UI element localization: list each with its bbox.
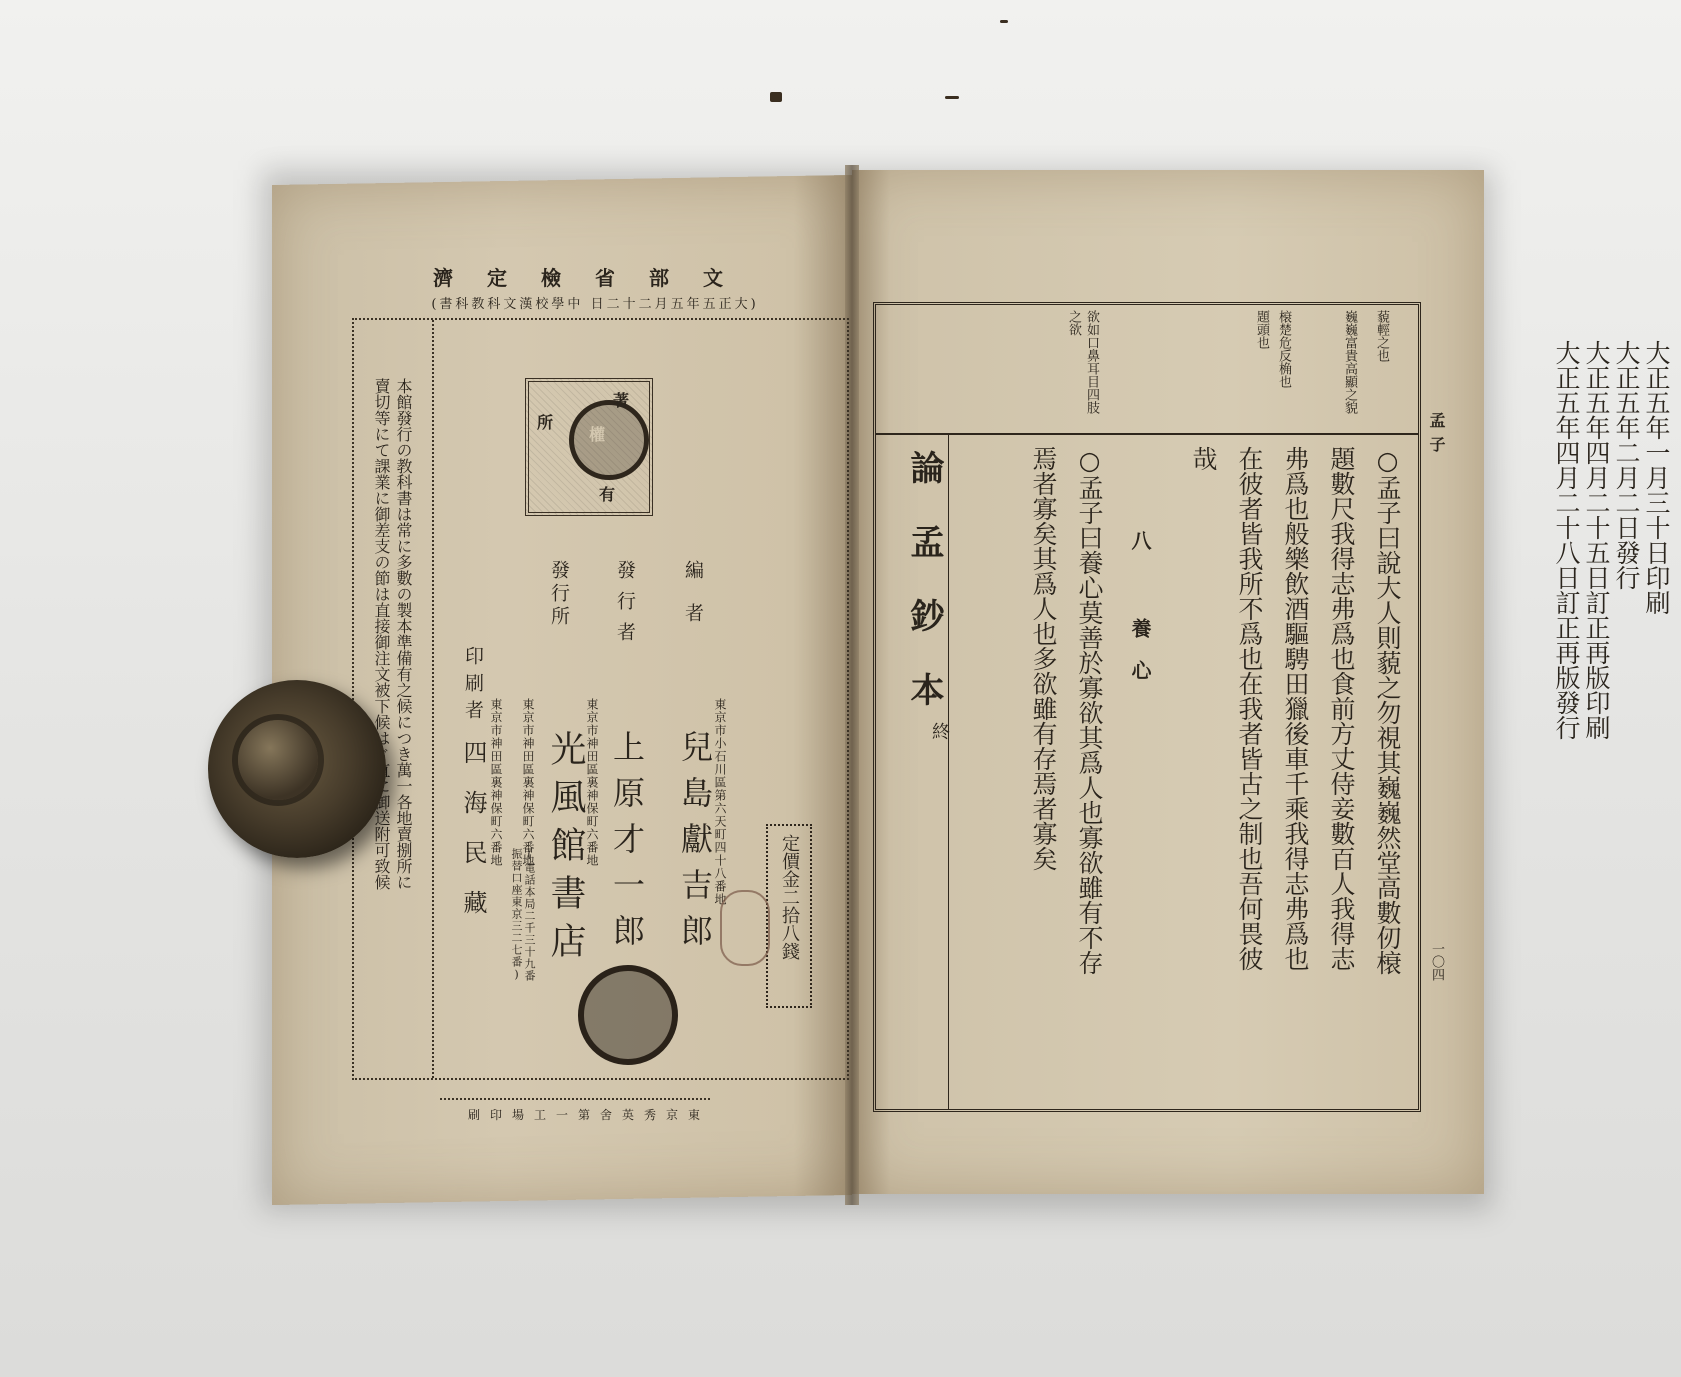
- text-column: 焉者寡矣其爲人也多欲雖有存焉者寡矣: [1028, 446, 1058, 871]
- debris-speck: [945, 96, 959, 99]
- approval-header: 文部省檢定濟 (大正五年五月二十二日 中學校漢文科教科書): [415, 262, 775, 312]
- stamp-char: 有: [599, 482, 615, 505]
- text-column: 弗爲也般樂飲酒驅騁田獵後車千乘我得志弗爲也: [1280, 446, 1310, 971]
- stamp-char: 所: [537, 410, 553, 433]
- text-column: 哉: [1188, 446, 1218, 471]
- book-title: 論孟鈔本: [900, 450, 949, 746]
- date-line: 大正五年四月二十五日訂正再版印刷: [1581, 340, 1611, 740]
- weight-knob: [238, 720, 318, 800]
- printer-role: 印刷者: [460, 646, 487, 727]
- publisher-phone: (電話本局二千三十九番 振替口座東京三二七番): [510, 848, 536, 998]
- copyright-stamp: 著 所 權 有: [525, 378, 653, 516]
- text-column: 在彼者皆我所不爲也在我者皆古之制也吾何畏彼: [1234, 446, 1264, 971]
- note: 藐輕之也: [1372, 310, 1390, 362]
- publisher-address: 東京市神田區裏神保町六番地: [520, 698, 537, 867]
- editor-role: 編者: [680, 560, 707, 646]
- running-head: 孟子: [1425, 412, 1448, 460]
- publisher-seal-icon: [578, 965, 678, 1065]
- note: 欲如口鼻耳目四肢之欲: [1060, 310, 1100, 420]
- text-column: 題數尺我得志弗爲也食前方丈侍妾數百人我得志: [1326, 446, 1356, 971]
- approval-title: 文部省檢定濟: [415, 262, 775, 291]
- debris-speck: [1000, 20, 1008, 23]
- note: 巍巍富貴高顯之貌: [1318, 310, 1358, 420]
- notes-rule: [876, 433, 1418, 435]
- printer-name: 四海民藏: [456, 740, 491, 940]
- publisher-person-role: 發行者: [612, 560, 639, 653]
- note: 題頭也: [1252, 310, 1270, 349]
- seal-icon: [569, 400, 649, 480]
- notice-divider: [432, 320, 434, 1078]
- notice-line: 本館發行の教科書は常に多數の製本準備有之候につき萬一各地賣捌所に: [394, 378, 413, 890]
- stamp-char: 著: [613, 388, 629, 411]
- page-number: 一〇四: [1427, 942, 1446, 981]
- publisher-name: 光風館書店: [540, 730, 591, 970]
- publisher-role: 發行所: [546, 560, 573, 629]
- stamp-char: 權: [589, 422, 605, 445]
- section-heading: 八 養心: [1126, 530, 1155, 702]
- brass-weight: [208, 680, 386, 858]
- date-line: 大正五年一月三十日印刷: [1641, 340, 1671, 740]
- end-mark: 終: [926, 722, 952, 740]
- text-column: ○孟子曰養心莫善於寡欲其爲人也寡欲雖有不存: [1074, 446, 1104, 975]
- publisher-person-name: 上原才一郎: [604, 730, 650, 960]
- price-text: 定價金二拾八錢: [776, 834, 802, 960]
- note: 榱楚危反桷也: [1274, 310, 1292, 388]
- notice-text: 本館發行の教科書は常に多數の製本準備有之候につき萬一各地賣捌所に 賣切等にて課業…: [370, 378, 414, 1018]
- editor-name: 兒島獻吉郎: [672, 730, 718, 960]
- notice-line: 賣切等にて課業に御差支の節は直接御注文被下候はゞ直に御送附可致候: [372, 378, 391, 890]
- approval-seal-icon: [720, 890, 770, 966]
- text-column: ○孟子曰說大人則藐之勿視其巍巍然堂高數仞榱: [1372, 446, 1402, 975]
- date-line: 大正五年二月二日發行: [1611, 340, 1641, 740]
- date-line: 大正五年四月二十八日訂正再版發行: [1551, 340, 1581, 740]
- approval-subtitle: (大正五年五月二十二日 中學校漢文科教科書): [415, 293, 775, 312]
- debris-speck: [770, 92, 782, 102]
- printer-footer: 東京秀英舍第一工場印刷: [440, 1098, 710, 1123]
- price-box: 定價金二拾八錢: [766, 824, 812, 1008]
